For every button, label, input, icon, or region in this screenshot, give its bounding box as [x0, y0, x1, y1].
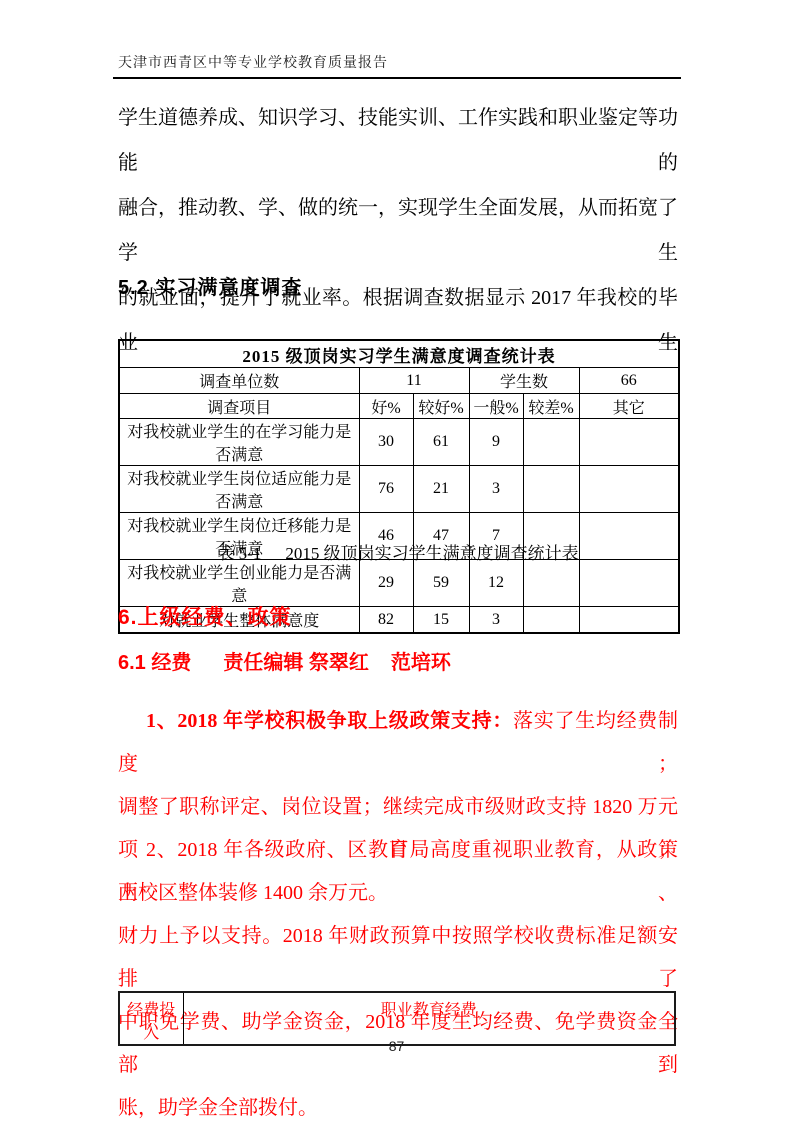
table-row: 对我校就业学生岗位适应能力是否满意 76 21 3: [119, 466, 679, 513]
editor-credit: 责任编辑 祭翠红: [223, 652, 369, 674]
section-heading-6: 6.上级经费、政策: [118, 601, 292, 631]
section-heading-6-1: 6.1 经费责任编辑 祭翠红范培环: [118, 646, 451, 675]
paragraph-line: 2、2018 年各级政府、区教育局高度重视职业教育，从政策上、: [118, 829, 678, 915]
cell-worse: [523, 607, 579, 634]
document-page: 天津市西青区中等专业学校教育质量报告 学生道德养成、知识学习、技能实训、工作实践…: [0, 0, 793, 1122]
intro-line: 学生道德养成、知识学习、技能实训、工作实践和职业鉴定等功能的: [118, 96, 678, 186]
student-count-value: 66: [579, 368, 679, 394]
student-count-label: 学生数: [469, 368, 579, 394]
running-header: 天津市西青区中等专业学校教育质量报告: [118, 52, 678, 72]
cell-normal: 3: [469, 607, 523, 634]
paragraph-line: 1、2018 年学校积极争取上级政策支持：落实了生均经费制度；: [118, 700, 678, 786]
table-title-row: 2015 级顶岗实习学生满意度调查统计表: [119, 340, 679, 368]
unit-count-value: 11: [359, 368, 469, 394]
cell-good: 76: [359, 466, 413, 513]
cell-other: [579, 607, 679, 634]
col-header: 调查项目: [119, 394, 359, 419]
cell-other: [579, 466, 679, 513]
cell-normal: 12: [469, 560, 523, 607]
col-header: 较差%: [523, 394, 579, 419]
cell-other: [579, 560, 679, 607]
satisfaction-survey-table: 2015 级顶岗实习学生满意度调查统计表 调查单位数 11 学生数 66 调查项…: [118, 339, 680, 634]
section-heading-5-2: 5.2 实习满意度调查: [118, 271, 302, 300]
cell-good: 29: [359, 560, 413, 607]
funding-paragraph-2: 2、2018 年各级政府、区教育局高度重视职业教育，从政策上、 财力上予以支持。…: [118, 829, 678, 1122]
col-header: 其它: [579, 394, 679, 419]
cell-good: 82: [359, 607, 413, 634]
page-number: 87: [0, 1038, 793, 1054]
intro-line: 融合，推动教、学、做的统一，实现学生全面发展，从而拓宽了学生: [118, 186, 678, 276]
cell-better: 15: [413, 607, 469, 634]
cell-other: [579, 419, 679, 466]
paragraph-line: 账，助学金全部拨付。: [118, 1087, 678, 1122]
table-header-row: 调查项目 好% 较好% 一般% 较差% 其它: [119, 394, 679, 419]
editor-credit-2: 范培环: [391, 652, 451, 674]
cell-worse: [523, 466, 579, 513]
cell-better: 21: [413, 466, 469, 513]
heading-number: 6.1 经费: [118, 652, 191, 674]
survey-item: 对我校就业学生创业能力是否满意: [119, 560, 359, 607]
table-meta-row: 调查单位数 11 学生数 66: [119, 368, 679, 394]
table-row: 对我校就业学生的在学习能力是否满意 30 61 9: [119, 419, 679, 466]
col-header: 一般%: [469, 394, 523, 419]
cell-worse: [523, 560, 579, 607]
caption-label: 表 5-1: [217, 544, 261, 563]
cell-worse: [523, 419, 579, 466]
survey-item: 对我校就业学生岗位适应能力是否满意: [119, 466, 359, 513]
cell-normal: 3: [469, 466, 523, 513]
col-header: 较好%: [413, 394, 469, 419]
cell-normal: 9: [469, 419, 523, 466]
table-title: 2015 级顶岗实习学生满意度调查统计表: [119, 340, 679, 368]
cell-better: 61: [413, 419, 469, 466]
header-rule: [113, 77, 681, 79]
table-caption: 表 5-12015 级顶岗实习学生满意度调查统计表: [118, 539, 678, 564]
cell-better: 59: [413, 560, 469, 607]
cell-good: 30: [359, 419, 413, 466]
table-row: 对我校就业学生创业能力是否满意 29 59 12: [119, 560, 679, 607]
paragraph-lead: 1、2018 年学校积极争取上级政策支持：: [146, 710, 513, 732]
survey-item: 对我校就业学生的在学习能力是否满意: [119, 419, 359, 466]
intro-paragraph: 学生道德养成、知识学习、技能实训、工作实践和职业鉴定等功能的 融合，推动教、学、…: [118, 96, 678, 366]
caption-text: 2015 级顶岗实习学生满意度调查统计表: [285, 544, 578, 563]
unit-count-label: 调查单位数: [119, 368, 359, 394]
col-header: 好%: [359, 394, 413, 419]
paragraph-line: 财力上予以支持。2018 年财政预算中按照学校收费标准足额安排了: [118, 915, 678, 1001]
